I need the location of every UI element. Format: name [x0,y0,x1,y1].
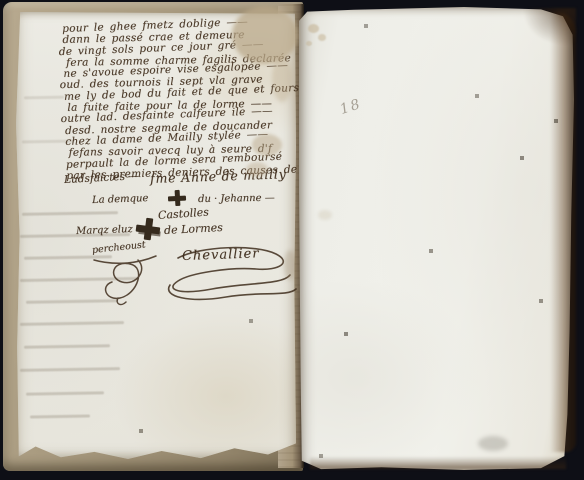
notary-cross-mark-icon [168,190,187,207]
ink-stain [308,24,319,33]
burned-corner [520,8,576,48]
ink-stain [252,134,282,156]
marque-label: La demque [92,193,149,206]
manuscript-scan-spread: pour le ghee fmetz doblige —— dann le pa… [0,0,584,480]
notary-cross-mark-icon [135,217,162,242]
marque-name: du · Jehanne — [198,193,275,205]
burned-bottom-edge [310,456,566,469]
burned-right-edge [550,12,576,452]
marque-label: Marqz eluz [76,224,133,237]
ink-stain [318,34,326,41]
ink-stain [272,56,292,102]
ink-stain [318,210,332,220]
right-page [299,7,574,470]
signature-paraph-icon [160,244,302,306]
ink-stain [232,6,298,64]
smudge-stain [478,436,508,451]
ink-stain [306,41,312,46]
ink-stain [246,162,268,177]
ink-stain [284,250,296,280]
ink-specks [0,0,2,2]
